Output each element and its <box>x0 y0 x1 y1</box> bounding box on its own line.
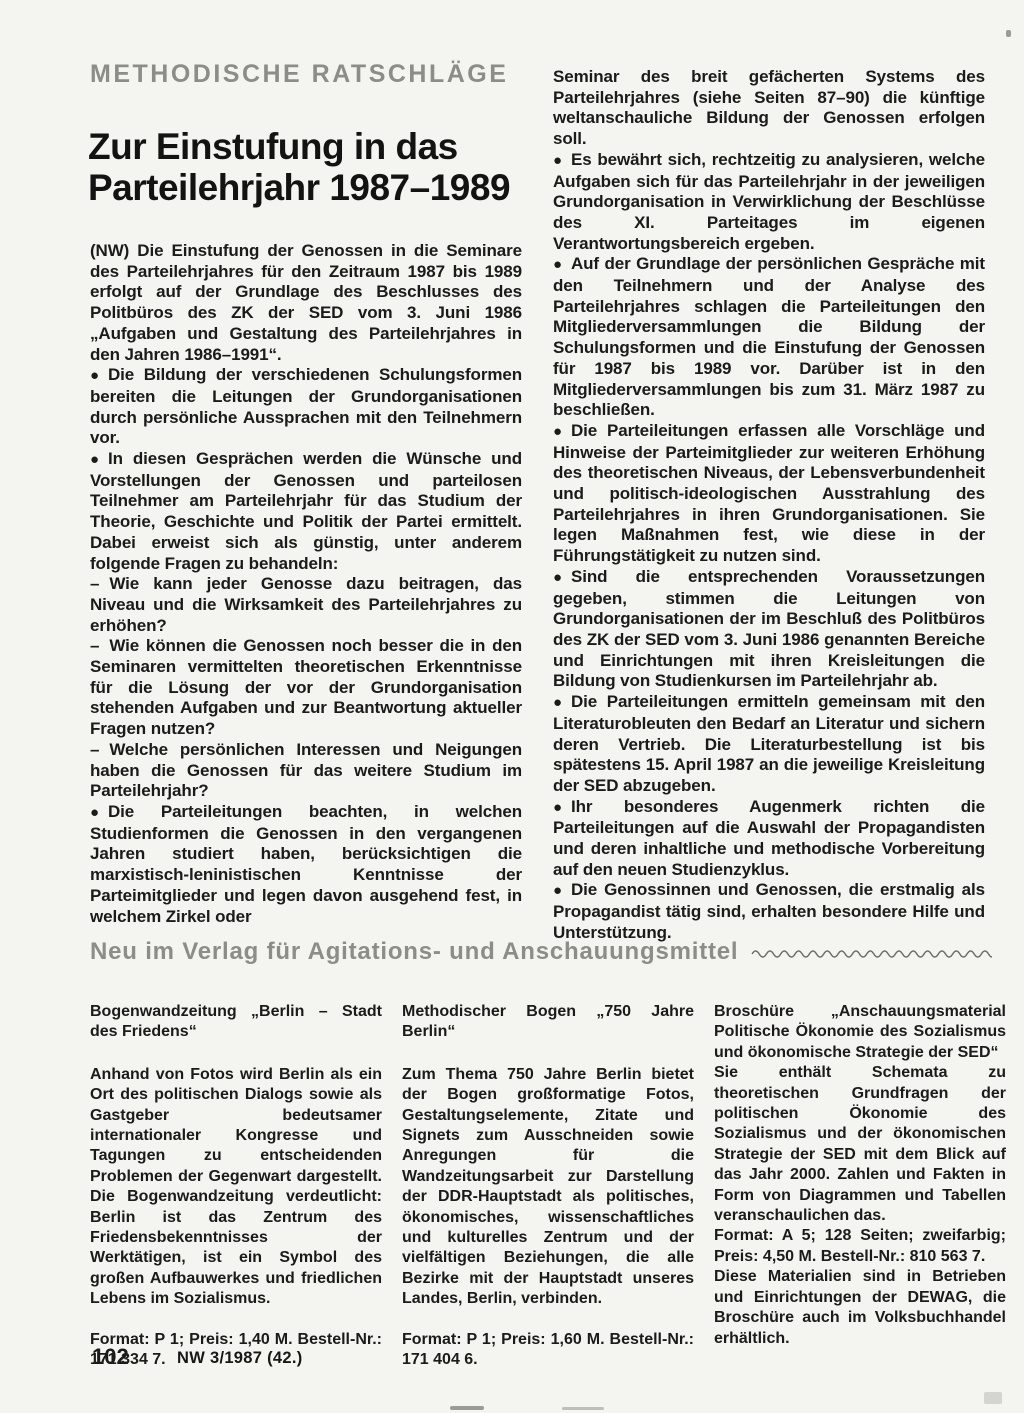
bullet-icon: ● <box>553 693 562 714</box>
verlag-column: Methodischer Bogen „750 Jahre Berlin“Zum… <box>402 1002 694 1371</box>
article-title: Zur Einstufung in dasParteilehrjahr 1987… <box>88 126 510 208</box>
verlag-item-title: Broschüre „Anschauungsmaterial Politisch… <box>714 1002 1006 1063</box>
scanned-magazine-page: { "page": { "background_color": "#f4f4f1… <box>0 0 1024 1413</box>
verlag-section-header: Neu im Verlag für Agitations- und Anscha… <box>90 938 992 966</box>
article-paragraph: ●Die Parteileitungen erfassen alle Vorsc… <box>553 421 985 567</box>
verlag-column: Broschüre „Anschauungsmaterial Politisch… <box>714 1002 1006 1371</box>
bullet-icon: ● <box>553 568 562 589</box>
dash-marker: – <box>90 574 99 595</box>
article-paragraph: ●In diesen Gesprächen werden die Wünsche… <box>90 449 522 574</box>
article-paragraph: ●Die Parteileitungen beachten, in welche… <box>90 802 522 927</box>
article-paragraph: ●Die Parteileitungen ermitteln gemeinsam… <box>553 692 985 797</box>
article-paragraph: ●Die Genossinnen und Genossen, die erstm… <box>553 880 985 943</box>
bullet-icon: ● <box>90 450 99 471</box>
article-paragraph: Seminar des breit gefächerten Systems de… <box>553 67 985 150</box>
section-kicker: METHODISCHE RATSCHLÄGE <box>90 60 508 89</box>
scan-speck <box>1006 30 1011 37</box>
article-paragraph: ●Die Bildung der verschiedenen Schulungs… <box>90 365 522 449</box>
article-paragraph: ●Ihr besonderes Augenmerk richten die Pa… <box>553 797 985 881</box>
page-number: 102 <box>92 1344 129 1370</box>
verlag-paragraph: Zum Thema 750 Jahre Berlin bietet der Bo… <box>402 1065 694 1310</box>
verlag-item-title: Methodischer Bogen „750 Jahre Berlin“ <box>402 1002 694 1043</box>
bullet-icon: ● <box>553 798 562 819</box>
article-column-left: (NW) Die Einstufung der Genossen in die … <box>90 241 522 927</box>
article-paragraph: ●Auf der Grundlage der persönlichen Gesp… <box>553 254 985 421</box>
verlag-heading: Neu im Verlag für Agitations- und Anscha… <box>90 938 738 966</box>
verlag-columns: Bogenwandzeitung „Berlin – Stadt des Fri… <box>90 1002 1006 1371</box>
bullet-icon: ● <box>553 881 562 902</box>
format-price-line: Format: P 1; Preis: 1,60 M. Bestell-Nr.:… <box>402 1330 694 1371</box>
article-title-line2: Parteilehrjahr 1987–1989 <box>88 167 510 208</box>
nw-lead: (NW) <box>90 241 137 260</box>
article-paragraph: ●Es bewährt sich, rechtzeitig zu analysi… <box>553 150 985 255</box>
bullet-icon: ● <box>553 151 562 172</box>
article-paragraph: –Wie kann jeder Genosse dazu beitragen, … <box>90 574 522 636</box>
article-paragraph: ●Sind die entsprechenden Voraussetzungen… <box>553 567 985 692</box>
bullet-icon: ● <box>90 803 99 824</box>
article-paragraph: –Wie können die Genossen noch besser die… <box>90 636 522 740</box>
scan-speck <box>450 1406 484 1410</box>
scan-speck <box>984 1392 1002 1404</box>
article-title-line1: Zur Einstufung in das <box>88 126 458 167</box>
issue-label: NW 3/1987 (42.) <box>177 1349 303 1368</box>
dash-marker: – <box>90 636 99 657</box>
article-column-right: Seminar des breit gefächerten Systems de… <box>553 67 985 944</box>
verlag-item-title: Bogenwandzeitung „Berlin – Stadt des Fri… <box>90 1002 382 1043</box>
verlag-paragraph: Anhand von Fotos wird Berlin als ein Ort… <box>90 1065 382 1310</box>
article-paragraph: –Welche persönlichen Interessen und Neig… <box>90 740 522 802</box>
squiggle-underline-icon <box>750 946 992 959</box>
bullet-icon: ● <box>553 255 562 276</box>
bullet-icon: ● <box>553 422 562 443</box>
verlag-paragraph: Sie enthält Schemata zu theoretischen Gr… <box>714 1063 1006 1226</box>
dash-marker: – <box>90 740 99 761</box>
verlag-paragraph: Diese Materialien sind in Betrieben und … <box>714 1267 1006 1349</box>
verlag-paragraph: Format: A 5; 128 Seiten; zweifarbig; Pre… <box>714 1226 1006 1267</box>
scan-speck <box>562 1407 604 1410</box>
article-paragraph: (NW) Die Einstufung der Genossen in die … <box>90 241 522 365</box>
bullet-icon: ● <box>90 366 99 387</box>
verlag-column: Bogenwandzeitung „Berlin – Stadt des Fri… <box>90 1002 382 1371</box>
